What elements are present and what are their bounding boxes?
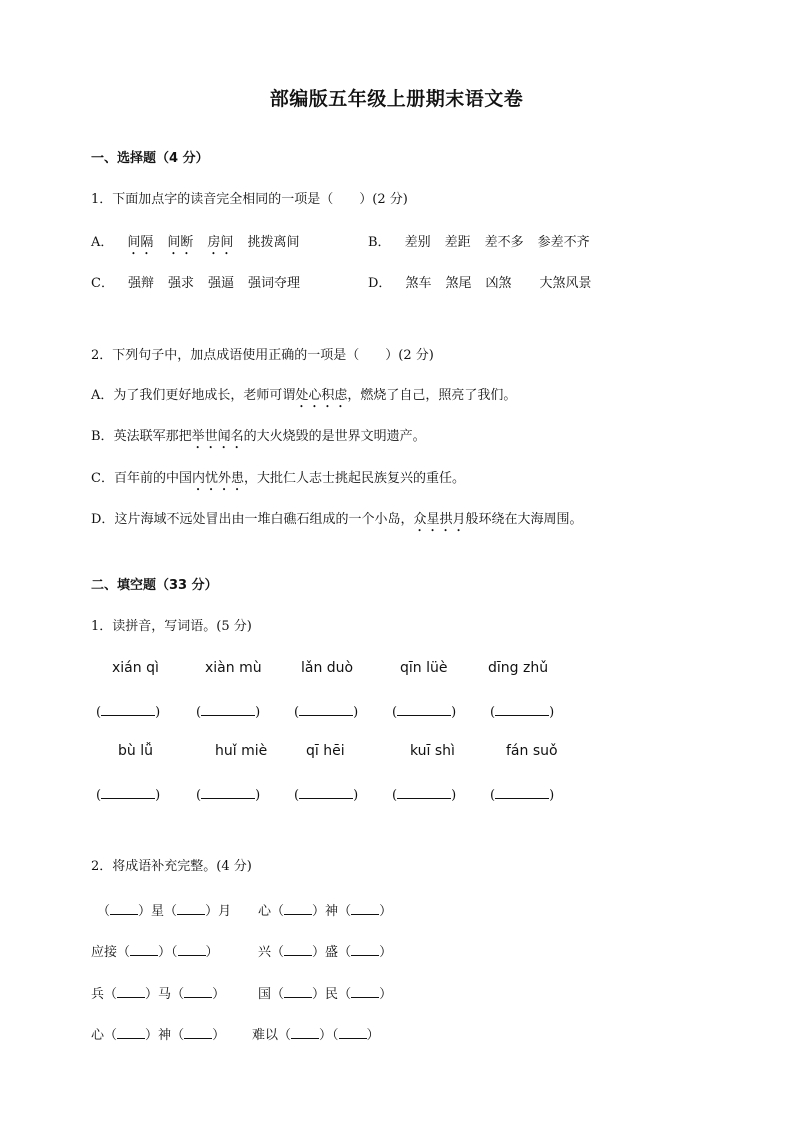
text: ，燃烧了自己，照亮了我们。 <box>347 388 516 403</box>
pinyin: kuī shì <box>410 743 455 759</box>
word: 煞车 <box>405 276 431 291</box>
text: 般环绕在大海周围。 <box>465 512 582 527</box>
idiom-blank[interactable] <box>184 985 212 998</box>
idiom-blank[interactable] <box>177 902 205 915</box>
q2-option-a: A．为了我们更好地成长，老师可谓处心积虑，燃烧了自己，照亮了我们。 <box>91 387 516 411</box>
pinyin: qī hēi <box>306 743 345 759</box>
pinyin: xián qì <box>112 660 159 676</box>
idiom: 众星拱月 <box>413 512 465 527</box>
word: 差不多 <box>485 235 524 250</box>
char: 心 <box>258 904 271 919</box>
idiom-row: （）星（）月 <box>97 900 231 919</box>
pinyin: xiàn mù <box>205 660 262 676</box>
idiom-row: 国（）民（） <box>258 983 392 1002</box>
q1-option-b: B．差别差距差不多参差不齐 <box>368 231 604 250</box>
text: 英法联军那把 <box>114 429 192 444</box>
text: 百年前的中国 <box>114 471 192 486</box>
q2-option-c: C．百年前的中国内忧外患，大批仁人志士挑起民族复兴的重任。 <box>91 470 465 494</box>
word: 强词夺理 <box>248 276 300 291</box>
pinyin: dīng zhǔ <box>488 660 548 676</box>
option-label: D． <box>368 276 391 291</box>
idiom-row: 兴（）盛（） <box>258 941 392 960</box>
word: 挑拨离间 <box>247 235 299 250</box>
idiom-blank[interactable] <box>291 1026 319 1039</box>
fill-question-2-prompt: 2．将成语补充完整。(4 分) <box>91 858 252 876</box>
word: 凶煞 <box>485 276 511 291</box>
idiom-blank[interactable] <box>110 902 138 915</box>
char: 心 <box>91 1028 104 1043</box>
char: 星 <box>151 904 164 919</box>
q1-option-a: A．间隔间断房间挑拨离间 <box>91 231 313 258</box>
pinyin: huǐ miè <box>215 743 267 759</box>
text: ，大批仁人志士挑起民族复兴的重任。 <box>244 471 465 486</box>
char: 月 <box>218 904 231 919</box>
char: 马 <box>158 987 171 1002</box>
char: 难以 <box>252 1028 278 1043</box>
idiom-blank[interactable] <box>351 943 379 956</box>
pinyin: bù lǚ <box>118 743 153 759</box>
char: 民 <box>325 987 338 1002</box>
idiom-blank[interactable] <box>284 985 312 998</box>
char: 兵 <box>91 987 104 1002</box>
word: 强辩 <box>128 276 154 291</box>
text: 的大火烧毁的是世界文明遗产。 <box>244 429 426 444</box>
section-heading-fill: 二、填空题（33 分） <box>91 577 218 595</box>
answer-blank[interactable]: () <box>96 786 160 803</box>
idiom-blank[interactable] <box>284 943 312 956</box>
answer-blank[interactable]: () <box>196 703 260 720</box>
idiom-row: 心（）神（） <box>91 1024 225 1043</box>
word: 差距 <box>445 235 471 250</box>
pinyin: fán suǒ <box>506 743 558 759</box>
char: 神 <box>325 904 338 919</box>
idiom-blank[interactable] <box>117 1026 145 1039</box>
answer-blank[interactable]: () <box>392 786 456 803</box>
idiom-blank[interactable] <box>339 1026 367 1039</box>
word: 间隔 <box>127 235 153 250</box>
option-label: A． <box>91 388 113 403</box>
option-label: C． <box>91 276 114 291</box>
idiom-blank[interactable] <box>351 985 379 998</box>
answer-blank[interactable]: () <box>294 786 358 803</box>
char: 国 <box>258 987 271 1002</box>
answer-blank[interactable]: () <box>196 786 260 803</box>
page-title: 部编版五年级上册期末语文卷 <box>0 84 793 111</box>
idiom-blank[interactable] <box>117 985 145 998</box>
idiom: 内忧外患 <box>192 471 244 486</box>
idiom-blank[interactable] <box>284 902 312 915</box>
q1-option-d: D．煞车煞尾凶煞大煞风景 <box>368 272 606 291</box>
idiom: 举世闻名 <box>192 429 244 444</box>
answer-blank[interactable]: () <box>96 703 160 720</box>
option-label: B． <box>91 429 114 444</box>
idiom-blank[interactable] <box>351 902 379 915</box>
text: 为了我们更好地成长，老师可谓 <box>113 388 295 403</box>
q1-option-c: C．强辩强求强逼强词夺理 <box>91 272 314 291</box>
idiom: 处心积虑 <box>295 388 347 403</box>
fill-question-1-prompt: 1．读拼音，写词语。(5 分) <box>91 618 252 636</box>
idiom-row: 难以（）（） <box>252 1024 380 1043</box>
word: 间断 <box>167 235 193 250</box>
idiom-row: 兵（）马（） <box>91 983 225 1002</box>
answer-blank[interactable]: () <box>490 786 554 803</box>
idiom-row: 心（）神（） <box>258 900 392 919</box>
pinyin: lǎn duò <box>301 660 353 676</box>
word: 强逼 <box>208 276 234 291</box>
text: 这片海域不远处冒出由一堆白礁石组成的一个小岛， <box>114 512 413 527</box>
word: 大煞风景 <box>539 276 591 291</box>
answer-blank[interactable]: () <box>294 703 358 720</box>
char: 应接 <box>91 945 117 960</box>
word: 强求 <box>168 276 194 291</box>
section-heading-choice: 一、选择题（4 分） <box>91 150 209 168</box>
idiom-blank[interactable] <box>184 1026 212 1039</box>
option-label: D． <box>91 512 114 527</box>
question-2-prompt: 2．下列句子中，加点成语使用正确的一项是（ ）(2 分) <box>91 347 434 365</box>
question-1-prompt: 1．下面加点字的读音完全相同的一项是（ ）(2 分) <box>91 191 408 209</box>
word: 房间 <box>207 235 233 250</box>
char: 盛 <box>325 945 338 960</box>
idiom-row: 应接（）（） <box>91 941 219 960</box>
idiom-blank[interactable] <box>130 943 158 956</box>
idiom-blank[interactable] <box>178 943 206 956</box>
answer-blank[interactable]: () <box>490 703 554 720</box>
q2-option-d: D．这片海域不远处冒出由一堆白礁石组成的一个小岛，众星拱月般环绕在大海周围。 <box>91 511 582 535</box>
option-label: B． <box>368 235 391 250</box>
word: 煞尾 <box>445 276 471 291</box>
q2-option-b: B．英法联军那把举世闻名的大火烧毁的是世界文明遗产。 <box>91 428 426 452</box>
option-label: A． <box>91 235 113 250</box>
option-label: C． <box>91 471 114 486</box>
answer-blank[interactable]: () <box>392 703 456 720</box>
char: 兴 <box>258 945 271 960</box>
pinyin: qīn lüè <box>400 660 447 676</box>
char: 神 <box>158 1028 171 1043</box>
word: 差别 <box>405 235 431 250</box>
word: 参差不齐 <box>538 235 590 250</box>
